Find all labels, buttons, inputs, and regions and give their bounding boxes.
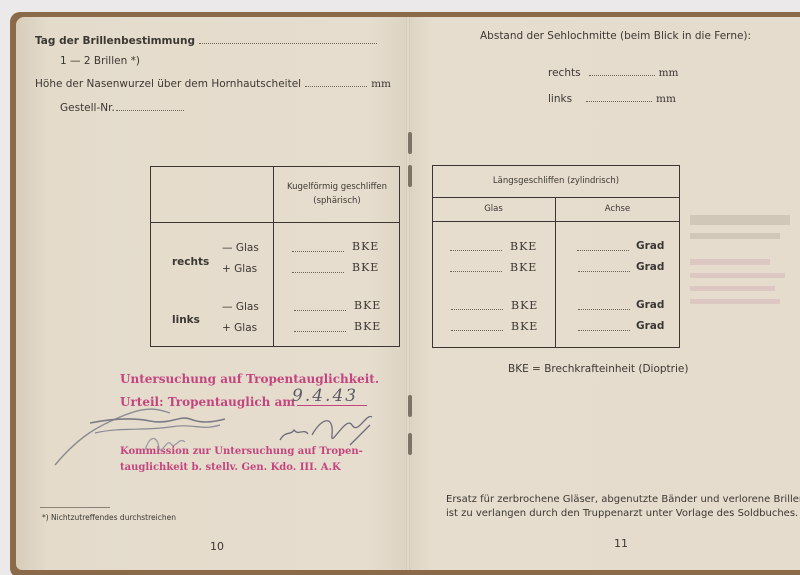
bleed-through-stamp [690, 205, 800, 325]
pupil-distance-title: Abstand der Sehlochmitte (beim Blick in … [480, 30, 751, 42]
minus-glass-label: — Glas [222, 301, 259, 313]
table-divider [273, 166, 274, 347]
page-number-right: 11 [614, 537, 628, 550]
table-divider [432, 197, 680, 198]
bke-unit: BKE [354, 320, 381, 333]
unit-mm: mm [371, 78, 391, 90]
stamp-line-1: Untersuchung auf Tropentauglichkeit. [120, 372, 379, 386]
grad-unit: Grad [636, 320, 664, 332]
pupil-distance-left-field: linksmm [548, 93, 676, 105]
row-label-rechts: rechts [172, 256, 209, 268]
staple [408, 165, 412, 187]
achse-column-header: Achse [556, 204, 679, 214]
glasses-count-label: 1 — 2 Brillen *) [60, 55, 140, 67]
grad-unit: Grad [636, 299, 664, 311]
date-of-glasses-field: Tag der Brillenbestimmung [35, 35, 381, 47]
grad-unit: Grad [636, 261, 664, 273]
nose-bridge-height-label: Höhe der Nasenwurzel über dem Hornhautsc… [35, 78, 301, 90]
bke-unit: BKE [352, 261, 379, 274]
bke-unit: BKE [352, 240, 379, 253]
page-number-left: 10 [210, 540, 224, 553]
spherical-header-line2: (sphärisch) [276, 196, 398, 206]
fill-line-achse-3 [578, 309, 630, 310]
spherical-header: Kugelförmig geschliffen (sphärisch) [276, 182, 398, 206]
spherical-header-line1: Kugelförmig geschliffen [276, 182, 398, 192]
fill-line-glas-3 [451, 309, 503, 310]
bke-legend-text: BKE = Brechkrafteinheit (Dioptrie) [508, 363, 688, 375]
fill-line-spherical-3 [294, 310, 346, 311]
replacement-note-line-2: ist zu verlangen durch den Truppenarzt u… [446, 508, 798, 519]
fill-line-spherical-4 [294, 331, 346, 332]
date-of-glasses-label: Tag der Brillenbestimmung [35, 35, 195, 47]
plus-glass-label: + Glas [222, 263, 257, 275]
grad-unit: Grad [636, 240, 664, 252]
bke-unit: BKE [511, 320, 538, 333]
footnote: *) Nichtzutreffendes durchstreichen [42, 513, 176, 522]
cylindrical-header: Längsgeschliffen (zylindrisch) [432, 176, 680, 186]
fill-line-glas-4 [451, 330, 503, 331]
minus-glass-label: — Glas [222, 242, 259, 254]
bke-unit: BKE [354, 299, 381, 312]
fill-line-spherical-2 [292, 272, 344, 273]
fill-line [116, 109, 184, 111]
fill-line-glas-1 [450, 250, 502, 251]
bke-unit: BKE [511, 299, 538, 312]
fill-line-achse-2 [578, 271, 630, 272]
row-label-links: links [172, 314, 200, 326]
plus-glass-label: + Glas [222, 322, 257, 334]
staple [408, 132, 412, 154]
fill-line-achse-4 [578, 330, 630, 331]
unit-mm: mm [656, 93, 676, 105]
fill-line [305, 85, 367, 87]
table-divider [432, 221, 680, 222]
page-gutter [406, 17, 410, 570]
fill-line [199, 42, 377, 44]
fill-line [586, 100, 652, 102]
bke-legend: BKE = Brechkrafteinheit (Dioptrie) [508, 363, 688, 375]
table-divider [150, 222, 400, 223]
fill-line-achse-1 [577, 250, 629, 251]
bke-unit: BKE [510, 261, 537, 274]
frame-number-label: Gestell-Nr. [60, 102, 115, 114]
footnote-rule [40, 507, 110, 508]
frame-number-field: Gestell-Nr. [60, 102, 188, 114]
nose-bridge-height-field: Höhe der Nasenwurzel über dem Hornhautsc… [35, 78, 391, 90]
table-divider [555, 197, 556, 347]
replacement-note-line-1: Ersatz für zerbrochene Gläser, abgenutzt… [446, 494, 800, 505]
glas-column-header: Glas [432, 204, 555, 214]
links-label: links [548, 93, 572, 105]
pencil-signature [50, 395, 410, 475]
rechts-label: rechts [548, 67, 581, 79]
bke-unit: BKE [510, 240, 537, 253]
fill-line-glas-2 [450, 271, 502, 272]
fill-line [589, 74, 655, 76]
unit-mm: mm [659, 67, 679, 79]
fill-line-spherical-1 [292, 251, 344, 252]
pupil-distance-right-field: rechtsmm [548, 67, 678, 79]
